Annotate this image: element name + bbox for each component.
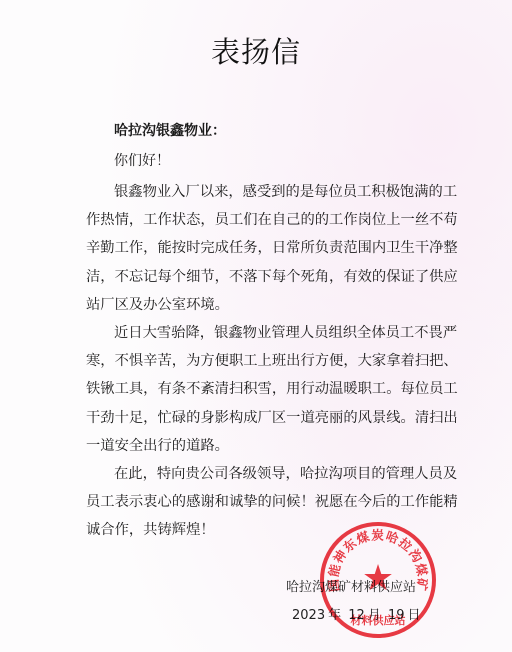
text-line: 铁锹工具，有条不紊清扫积雪，用行动温暖职工。每位员工	[86, 375, 432, 403]
official-seal-icon: 国能神东煤炭哈拉沟煤矿 ★ 材料供应站	[318, 520, 438, 640]
text-line: 在此，特向贵公司各级领导，哈拉沟项目的管理人员及	[86, 460, 432, 488]
seal-inner-text: 材料供应站	[351, 613, 406, 627]
letter-body: 银鑫物业入厂以来，感受到的是每位员工积极饱满的工 作热情，工作状态，员工们在自己…	[86, 178, 432, 544]
text-line: 一道安全出行的道路。	[86, 432, 432, 460]
paragraph-praise: 银鑫物业入厂以来，感受到的是每位员工积极饱满的工 作热情，工作状态，员工们在自己…	[86, 178, 432, 319]
seal-star: ★	[362, 558, 394, 599]
paragraph-snow: 近日大雪骀降，银鑫物业管理人员组织全体员工不畏严 寒，不惧辛苦，为方便职工上班出…	[86, 319, 432, 460]
greeting: 你们好！	[114, 150, 170, 170]
text-line: 银鑫物业入厂以来，感受到的是每位员工积极饱满的工	[86, 178, 432, 206]
text-line: 干劲十足，忙碌的身影构成厂区一道亮丽的风景线。清扫出	[86, 404, 432, 432]
text-line: 辛勤工作，能按时完成任务，日常所负责范围内卫生干净整	[86, 234, 432, 262]
letter-page: 表扬信 哈拉沟银鑫物业： 你们好！ 银鑫物业入厂以来，感受到的是每位员工积极饱满…	[0, 0, 512, 652]
text-line: 员工表示衷心的感谢和诚挚的问候！祝愿在今后的工作能精	[86, 488, 432, 516]
text-line: 站厂区及办公室环境。	[86, 291, 432, 319]
salutation: 哈拉沟银鑫物业：	[114, 120, 226, 140]
text-line: 作热情，工作状态，员工们在自己的的工作岗位上一丝不苟	[86, 206, 432, 234]
document-title: 表扬信	[0, 30, 512, 71]
text-line: 洁，不忘记每个细节，不落下每个死角，有效的保证了供应	[86, 263, 432, 291]
text-line: 寒，不惧辛苦，为方便职工上班出行方便，大家拿着扫把、	[86, 347, 432, 375]
text-line: 近日大雪骀降，银鑫物业管理人员组织全体员工不畏严	[86, 319, 432, 347]
